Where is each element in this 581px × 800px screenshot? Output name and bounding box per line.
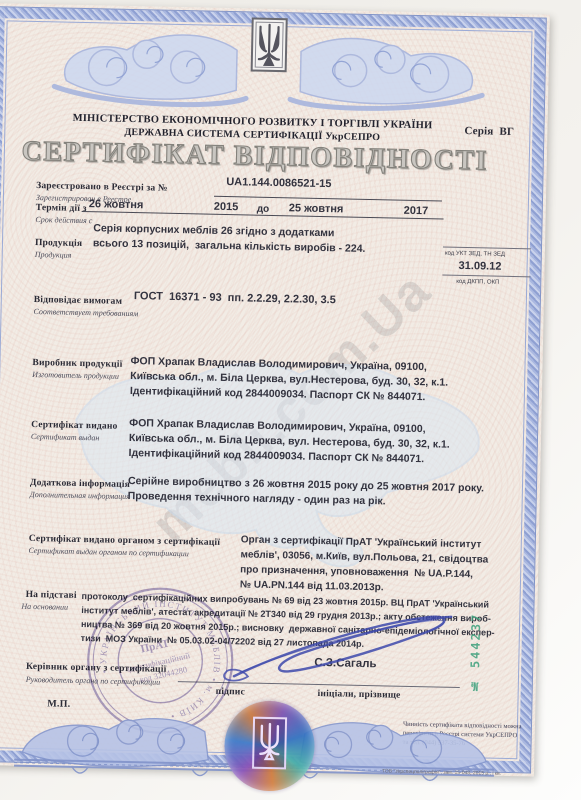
product-label-uk: Продукція	[35, 238, 82, 249]
registered-line	[214, 196, 442, 202]
product-label-ru: Продукция	[35, 250, 72, 260]
certificate-page: mebli.com.Ua МІНІСТЕРСТВО ЕКОНОМІЧНОГО Р…	[0, 3, 550, 777]
series-label: Серія ВГ	[464, 125, 514, 138]
basis-label-ru: На основании	[21, 602, 68, 612]
registered-label-uk: Зареєстровано в Реєстрі за №	[36, 181, 168, 194]
svg-text:ПрАТ ідентифікаційний: ПрАТ ідентифікаційний код 32044280	[122, 629, 198, 687]
trident-emblem-icon	[252, 19, 287, 72]
manufacturer-value: ФОП Храпак Владислав Володимирович, Укра…	[130, 354, 449, 406]
validity-label-uk: Термін дії з	[36, 203, 87, 214]
ukt-zed-label: код УКТ ЗЕД, ТН ЗЕД	[445, 251, 505, 258]
dkpp-label: код ДКПП, ОКП	[456, 279, 499, 286]
stamp-center-1: ПрАТ	[140, 637, 172, 655]
conforms-label-uk: Відповідає вимогам	[34, 295, 123, 307]
issued-to-value: ФОП Храпак Владислав Володимирович, Укра…	[128, 416, 450, 468]
manufacturer-label-ru: Изготовитель продукции	[32, 370, 119, 381]
issued-to-label-ru: Сертификат выдан	[31, 432, 100, 442]
validity-label-ru: Срок действия с	[35, 215, 92, 225]
basis-label-uk: На підставі	[26, 590, 77, 601]
product-value: Серія корпусних меблів 26 згідно з додат…	[93, 221, 366, 257]
serial-number: № 544237	[468, 597, 484, 693]
top-ornament	[46, 8, 492, 119]
issuing-body-value: Орган з сертифікації ПрАТ 'Український і…	[240, 532, 489, 597]
manufacturer-label-uk: Виробник продукції	[32, 358, 122, 370]
registry-number: UA1.144.0086521-15	[226, 175, 331, 192]
codes-top-line	[443, 247, 531, 250]
ukt-zed-value: 31.09.12	[458, 259, 501, 275]
additional-label-uk: Додаткова інформація	[30, 478, 130, 490]
issued-to-label-uk: Сертифікат видано	[31, 420, 118, 432]
codes-bottom-line	[442, 275, 530, 278]
signature-scribble	[214, 606, 466, 693]
